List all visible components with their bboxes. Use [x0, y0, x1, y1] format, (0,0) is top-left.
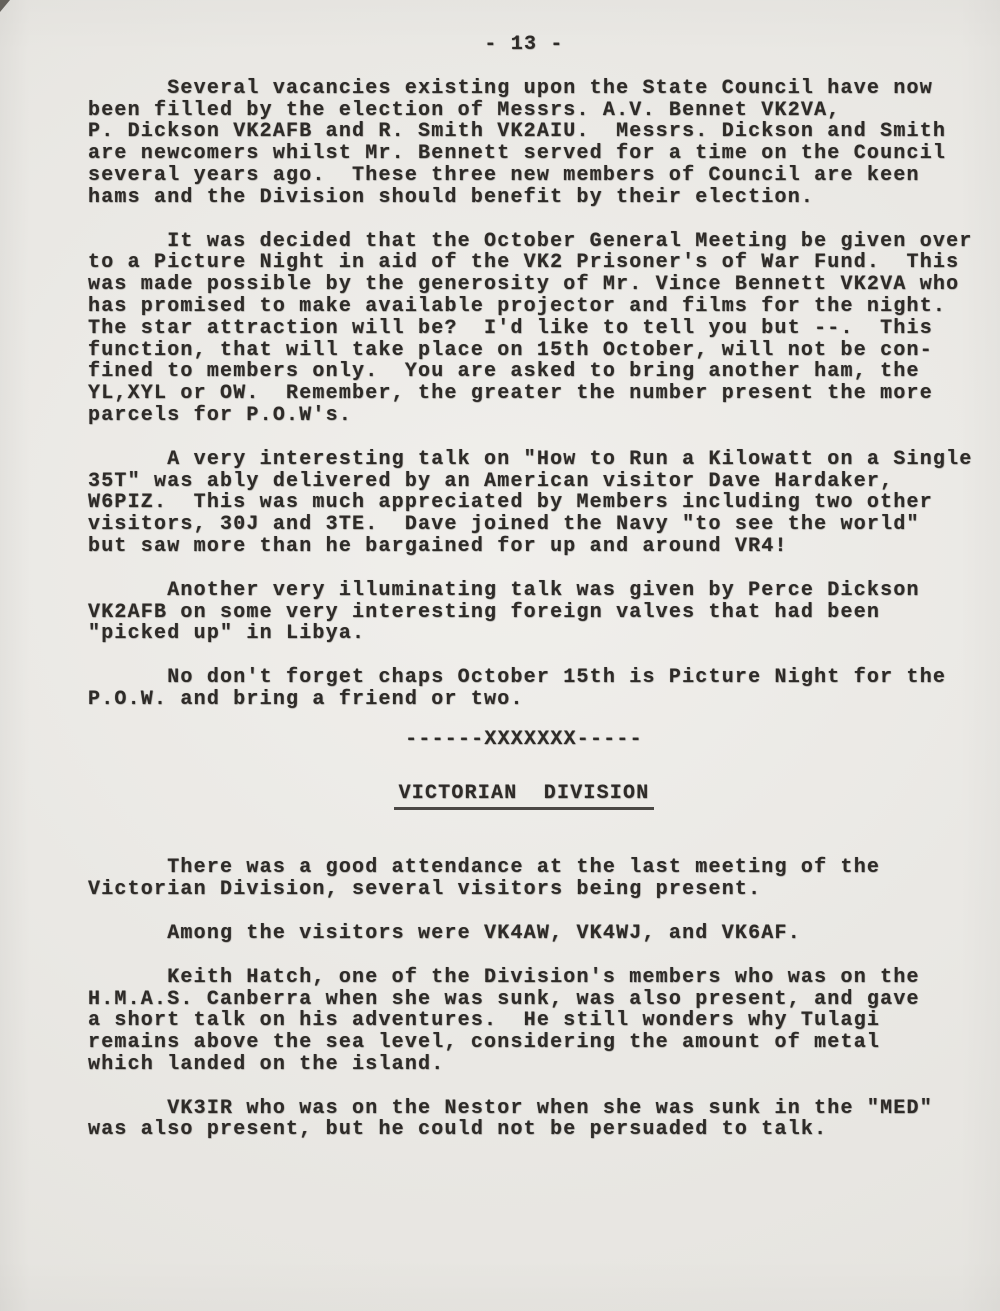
- text-line: but saw more than he bargained for up an…: [88, 536, 960, 558]
- text-line: It was decided that the October General …: [88, 231, 960, 253]
- paragraph: VK3IR who was on the Nestor when she was…: [88, 1098, 960, 1142]
- text-line: function, that will take place on 15th O…: [88, 340, 960, 362]
- text-line: are newcomers whilst Mr. Bennett served …: [88, 143, 960, 165]
- text-line: There was a good attendance at the last …: [88, 857, 960, 879]
- text-line: Keith Hatch, one of the Division's membe…: [88, 967, 960, 989]
- text-line: No don't forget chaps October 15th is Pi…: [88, 667, 960, 689]
- text-line: W6PIZ. This was much appreciated by Memb…: [88, 492, 960, 514]
- paragraph: No don't forget chaps October 15th is Pi…: [88, 667, 960, 711]
- text-line: several years ago. These three new membe…: [88, 165, 960, 187]
- text-line: parcels for P.O.W's.: [88, 405, 960, 427]
- paragraph: There was a good attendance at the last …: [88, 857, 960, 901]
- text-line: been filled by the election of Messrs. A…: [88, 100, 960, 122]
- text-line: The star attraction will be? I'd like to…: [88, 318, 960, 340]
- paragraph: Several vacancies existing upon the Stat…: [88, 78, 960, 209]
- text-line: Another very illuminating talk was given…: [88, 580, 960, 602]
- text-line: YL,XYL or OW. Remember, the greater the …: [88, 383, 960, 405]
- text-line: a short talk on his adventures. He still…: [88, 1010, 960, 1032]
- text-line: remains above the sea level, considering…: [88, 1032, 960, 1054]
- paragraph: A very interesting talk on "How to Run a…: [88, 449, 960, 558]
- document-content: - 13 - Several vacancies existing upon t…: [88, 0, 960, 1141]
- text-line: VK3IR who was on the Nestor when she was…: [88, 1098, 960, 1120]
- text-line: fined to members only. You are asked to …: [88, 361, 960, 383]
- text-line: visitors, 30J and 3TE. Dave joined the N…: [88, 514, 960, 536]
- text-line: P.O.W. and bring a friend or two.: [88, 689, 960, 711]
- text-line: VK2AFB on some very interesting foreign …: [88, 602, 960, 624]
- section-heading: VICTORIAN DIVISION: [88, 782, 960, 811]
- text-line: ------XXXXXXX-----: [88, 729, 960, 751]
- text-line: was also present, but he could not be pe…: [88, 1119, 960, 1141]
- paragraph: It was decided that the October General …: [88, 231, 960, 427]
- text-line: P. Dickson VK2AFB and R. Smith VK2AIU. M…: [88, 121, 960, 143]
- text-line: which landed on the island.: [88, 1054, 960, 1076]
- text-line: 35T" was ably delivered by an American v…: [88, 471, 960, 493]
- paragraph: Keith Hatch, one of the Division's membe…: [88, 967, 960, 1076]
- paragraph: Among the visitors were VK4AW, VK4WJ, an…: [88, 923, 960, 945]
- section-divider: ------XXXXXXX-----: [88, 729, 960, 751]
- text-line: VICTORIAN DIVISION: [394, 783, 655, 811]
- text-line: A very interesting talk on "How to Run a…: [88, 449, 960, 471]
- paragraph: Another very illuminating talk was given…: [88, 580, 960, 645]
- text-line: Among the visitors were VK4AW, VK4WJ, an…: [88, 923, 960, 945]
- text-line: hams and the Division should benefit by …: [88, 187, 960, 209]
- text-line: was made possible by the generosity of M…: [88, 274, 960, 296]
- text-line: has promised to make available projector…: [88, 296, 960, 318]
- text-line: to a Picture Night in aid of the VK2 Pri…: [88, 252, 960, 274]
- scan-corner-artifact: [0, 0, 10, 12]
- text-line: H.M.A.S. Canberra when she was sunk, was…: [88, 989, 960, 1011]
- text-line: Victorian Division, several visitors bei…: [88, 879, 960, 901]
- scanned-page: - 13 - Several vacancies existing upon t…: [0, 0, 1000, 1311]
- text-line: "picked up" in Libya.: [88, 623, 960, 645]
- document-body: Several vacancies existing upon the Stat…: [88, 56, 960, 1141]
- page-number: - 13 -: [88, 34, 960, 56]
- text-line: Several vacancies existing upon the Stat…: [88, 78, 960, 100]
